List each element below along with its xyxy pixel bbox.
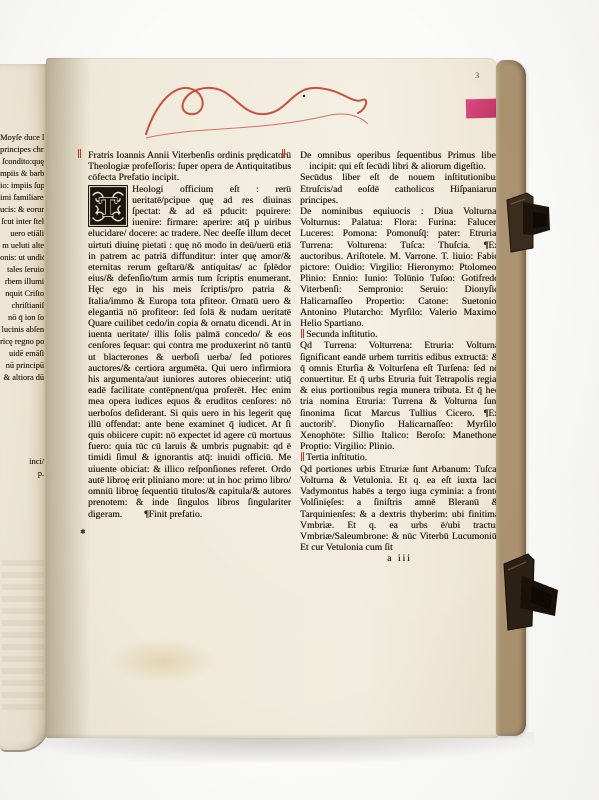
facing-page-fragment-line: ſcut inter ſtel xyxy=(0,216,44,228)
facing-page-fragment-line: nquit Criſto xyxy=(0,288,44,300)
facing-page-fragment-line: chriſtianiſ xyxy=(0,300,44,312)
facing-page-fragment-line: ricę regno po xyxy=(0,336,44,348)
facing-page-fragment-line xyxy=(0,420,44,432)
recto-page: 3 ∥Fratris Ioannis Annii Viterbenſis ord… xyxy=(46,58,498,738)
red-pilcrow-mark: ∥ xyxy=(290,149,292,160)
quire-signature: a iii xyxy=(300,553,499,564)
facing-page-fragment-line: tales ſeruio xyxy=(0,264,44,276)
facing-page-fragment-line: nō q̄ ion ſo xyxy=(0,312,44,324)
margin-star-annotation: ✱ xyxy=(80,528,86,536)
facing-page-fragment-line: p. xyxy=(0,468,44,480)
secunda-institutio-text: Secunda inſtitutio. xyxy=(306,329,377,340)
facing-page-fragment-line: imi familiares xyxy=(0,192,44,204)
show-through-text-ghost xyxy=(2,560,44,710)
red-pilcrow-mark: ∥ xyxy=(77,149,83,160)
facing-page-text-fragments: Moyſe duce leprincipes chriſcondito:quęm… xyxy=(0,132,44,480)
right-text-column: ∥De omnibus operibus ſequentibus Primus … xyxy=(300,150,499,565)
facing-page-fragment-line xyxy=(0,444,44,456)
left-heading-text: Fratris Ioannis Annii Viterbenſis ordini… xyxy=(88,150,291,183)
folio-number: 3 xyxy=(475,70,479,80)
facing-page-fragment-line: uero etiāli xyxy=(0,228,44,240)
facing-page-fragment-line: rbem illumi xyxy=(0,276,44,288)
secunda-institutio-body: Qd Turrena: Volturrena: Etruria: Volturn… xyxy=(300,340,499,452)
ink-speck xyxy=(303,95,305,97)
toc-paragraph-1-text: De omnibus operibus ſequentibus Primus l… xyxy=(300,150,499,172)
facing-page-fragment-line: Moyſe duce le xyxy=(0,132,44,144)
prefatio-body-text: Heologi officium eſt : rerū ueritatē/pci… xyxy=(88,184,291,520)
pink-bookmark-tab[interactable] xyxy=(466,99,497,119)
left-column-heading: ∥Fratris Ioannis Annii Viterbenſis ordin… xyxy=(88,150,291,184)
facing-page-fragment-line: mpiis & barba xyxy=(0,168,44,180)
facing-page-fragment-line: io: impiis ſup xyxy=(0,180,44,192)
gutter-shadow xyxy=(46,58,90,738)
facing-page-fragment-line: inci/ xyxy=(0,456,44,468)
facing-page-fragment-line: onis: ut undiq̄ xyxy=(0,252,44,264)
facing-page-fragment-line: lucinis abſen xyxy=(0,324,44,336)
facing-page-fragment-line xyxy=(0,432,44,444)
red-flourish-decoration xyxy=(138,74,388,142)
facing-page-fragment-line: & altiora dū xyxy=(0,372,44,384)
prefatio-body: T Heologi officium eſt : rerū ueritatē/p… xyxy=(88,184,291,520)
photo-of-incunable-book: Moyſe duce leprincipes chriſcondito:quęm… xyxy=(0,0,599,800)
toc-paragraph-1: ∥De omnibus operibus ſequentibus Primus … xyxy=(300,150,499,172)
svg-text:T: T xyxy=(99,192,117,222)
facing-page-strip: Moyſe duce leprincipes chriſcondito:quęm… xyxy=(0,64,50,752)
facing-page-fragment-line: nū principū xyxy=(0,360,44,372)
finit-prefatio-colophon: ¶Finit prefatio. xyxy=(144,509,202,520)
facing-page-fragment-line xyxy=(0,384,44,396)
upper-metal-clasp[interactable] xyxy=(503,190,555,260)
tertia-institutio-heading: ∥Tertia inſtitutio. xyxy=(300,452,499,463)
lower-metal-clasp[interactable] xyxy=(498,550,562,636)
nominibus-paragraph: De nominibus equiuocis : Diua Volturna: … xyxy=(300,206,499,329)
tertia-institutio-body: Qd portiones urbis Etruriæ ſunt Arbanum:… xyxy=(300,464,499,554)
facing-page-fragment-line xyxy=(0,396,44,408)
paper-stain xyxy=(108,638,218,684)
facing-page-fragment-line: principes chri xyxy=(0,144,44,156)
facing-page-fragment-line: ucis: & eorum xyxy=(0,204,44,216)
toc-paragraph-2: Secūdus liber eſt de nouem inſtitutionib… xyxy=(300,172,499,206)
facing-page-fragment-line: ſcondito:quę xyxy=(0,156,44,168)
woodcut-initial-T: T xyxy=(88,185,128,227)
facing-page-fragment-line xyxy=(0,408,44,420)
ink-speck xyxy=(446,278,448,280)
tertia-institutio-text: Tertia inſtitutio. xyxy=(306,452,367,463)
secunda-institutio-heading: ∥Secunda inſtitutio. xyxy=(300,329,499,340)
facing-page-fragment-line: uidē emāſi xyxy=(0,348,44,360)
left-text-column: ∥Fratris Ioannis Annii Viterbenſis ordin… xyxy=(88,150,291,520)
facing-page-fragment-line: m ueluti alte xyxy=(0,240,44,252)
